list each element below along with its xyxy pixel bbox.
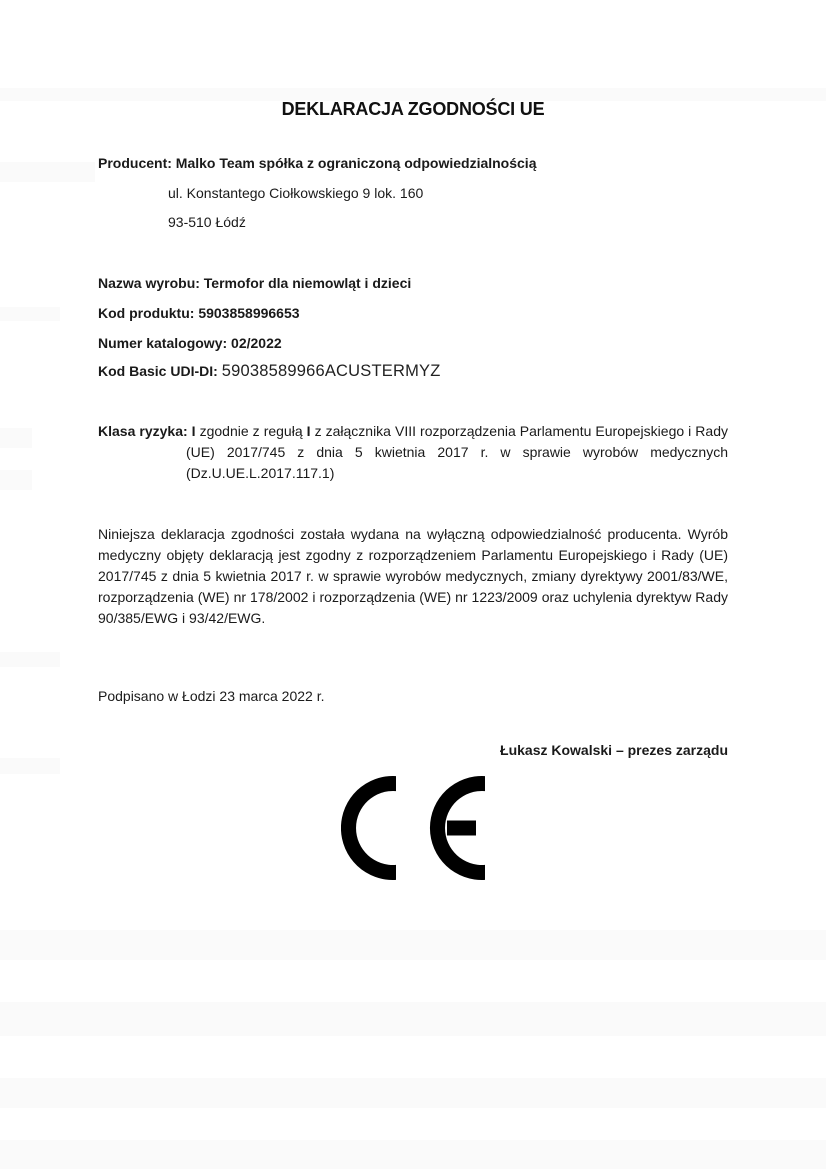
document-title: DEKLARACJA ZGODNOŚCI UE [0,99,826,120]
catalog-number-value: 02/2022 [231,335,282,351]
basic-udi-line: Kod Basic UDI-DI: 59038589966ACUSTERMYZ [98,360,441,382]
producer-name: Malko Team spółka z ograniczoną odpowied… [176,155,537,171]
scan-artifact [0,428,32,448]
risk-class-label: Klasa ryzyka: I [98,423,196,439]
ce-mark-icon [341,776,488,880]
product-name-value: Termofor dla niemowląt i dzieci [204,275,411,291]
signed-place-date: Podpisano w Łodzi 23 marca 2022 r. [98,686,324,706]
product-code-value: 5903858996653 [198,305,299,321]
scan-artifact [0,1078,826,1108]
scan-artifact [0,1140,826,1169]
signatory-name: Łukasz Kowalski – prezes zarządu [500,740,728,760]
ce-letter-c [341,776,396,880]
product-code-line: Kod produktu: 5903858996653 [98,303,300,323]
product-code-label: Kod produktu: [98,305,194,321]
producer-label: Producent: [98,155,172,171]
producer-line: Producent: Malko Team spółka z ograniczo… [98,153,537,173]
producer-address-street: ul. Konstantego Ciołkowskiego 9 lok. 160 [168,183,423,203]
risk-class-paragraph: Klasa ryzyka: I zgodnie z regułą I z zał… [98,421,728,484]
producer-address-city: 93-510 Łódź [168,212,246,232]
scan-artifact [0,470,32,490]
product-name-line: Nazwa wyrobu: Termofor dla niemowląt i d… [98,273,411,293]
scan-artifact [0,652,60,667]
risk-class-rule: I [307,423,311,439]
product-name-label: Nazwa wyrobu: [98,275,200,291]
scan-artifact [0,930,826,960]
scan-artifact [0,758,60,774]
basic-udi-label: Kod Basic UDI-DI: [98,363,218,379]
ce-letter-e [430,776,485,880]
catalog-number-label: Numer katalogowy: [98,335,227,351]
risk-class-text-mid: zgodnie z regułą [200,423,303,439]
scan-artifact [0,162,95,182]
document-page: DEKLARACJA ZGODNOŚCI UE Producent: Malko… [0,0,826,1169]
scan-artifact [0,307,60,321]
ce-mark-logo [341,776,488,880]
catalog-number-line: Numer katalogowy: 02/2022 [98,333,282,353]
scan-artifact [0,1002,826,1036]
basic-udi-value: 59038589966ACUSTERMYZ [222,362,441,380]
declaration-paragraph: Niniejsza deklaracja zgodności została w… [98,524,728,629]
